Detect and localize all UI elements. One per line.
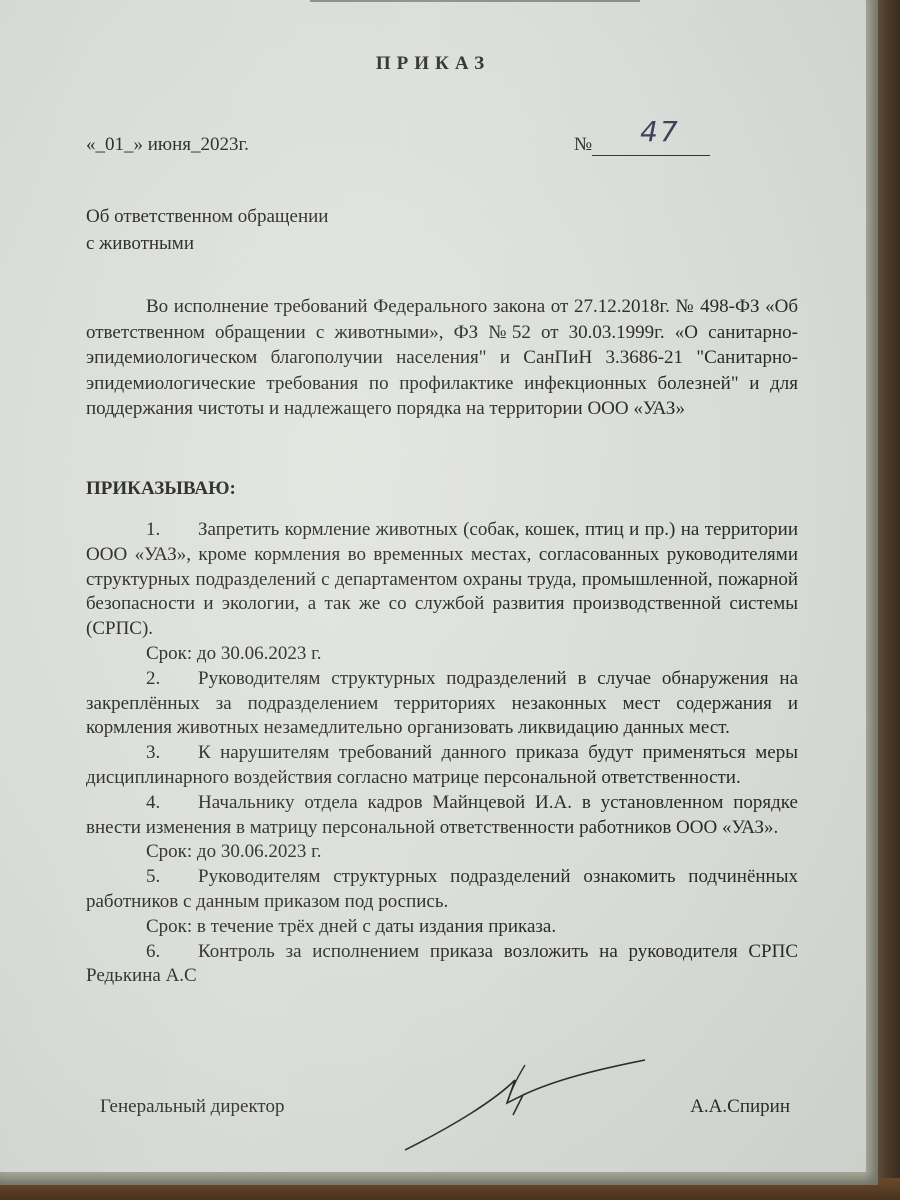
signatory-name: А.А.Спирин bbox=[690, 1096, 790, 1118]
document-subject: Об ответственном обращении с животными bbox=[86, 203, 328, 257]
document-number: №47 bbox=[574, 134, 710, 156]
subject-line-2: с животными bbox=[86, 230, 328, 257]
number-label: № bbox=[574, 134, 592, 155]
document-date: «_01_» июня_2023г. bbox=[86, 134, 249, 156]
order-item-4: 4.Начальнику отдела кадров Майнцевой И.А… bbox=[86, 791, 798, 841]
order-heading: ПРИКАЗЫВАЮ: bbox=[86, 478, 236, 500]
preamble-text: Во исполнение требований Федерального за… bbox=[86, 294, 798, 422]
signatory-title: Генеральный директор bbox=[100, 1096, 284, 1118]
order-items: 1.Запретить кормление животных (собак, к… bbox=[86, 518, 798, 989]
order-item-1: 1.Запретить кормление животных (собак, к… bbox=[86, 518, 798, 642]
order-item-5-deadline: Срок: в течение трёх дней с даты издания… bbox=[86, 915, 798, 940]
order-item-5: 5.Руководителям структурных подразделени… bbox=[86, 865, 798, 915]
document-page: ПРИКАЗ «_01_» июня_2023г. №47 Об ответст… bbox=[0, 0, 866, 1172]
number-field: 47 bbox=[592, 137, 710, 156]
subject-line-1: Об ответственном обращении bbox=[86, 203, 328, 230]
document-title: ПРИКАЗ bbox=[0, 53, 866, 75]
order-item-3: 3.К нарушителям требований данного прика… bbox=[86, 741, 798, 791]
order-item-1-deadline: Срок: до 30.06.2023 г. bbox=[86, 642, 798, 667]
signature-icon bbox=[395, 1055, 655, 1155]
order-item-4-deadline: Срок: до 30.06.2023 г. bbox=[86, 840, 798, 865]
cut-off-header-line bbox=[310, 0, 640, 6]
preamble: Во исполнение требований Федерального за… bbox=[86, 294, 798, 422]
order-item-2: 2.Руководителям структурных подразделени… bbox=[86, 667, 798, 741]
order-item-6: 6.Контроль за исполнением приказа возлож… bbox=[86, 940, 798, 990]
handwritten-number: 47 bbox=[640, 115, 680, 148]
